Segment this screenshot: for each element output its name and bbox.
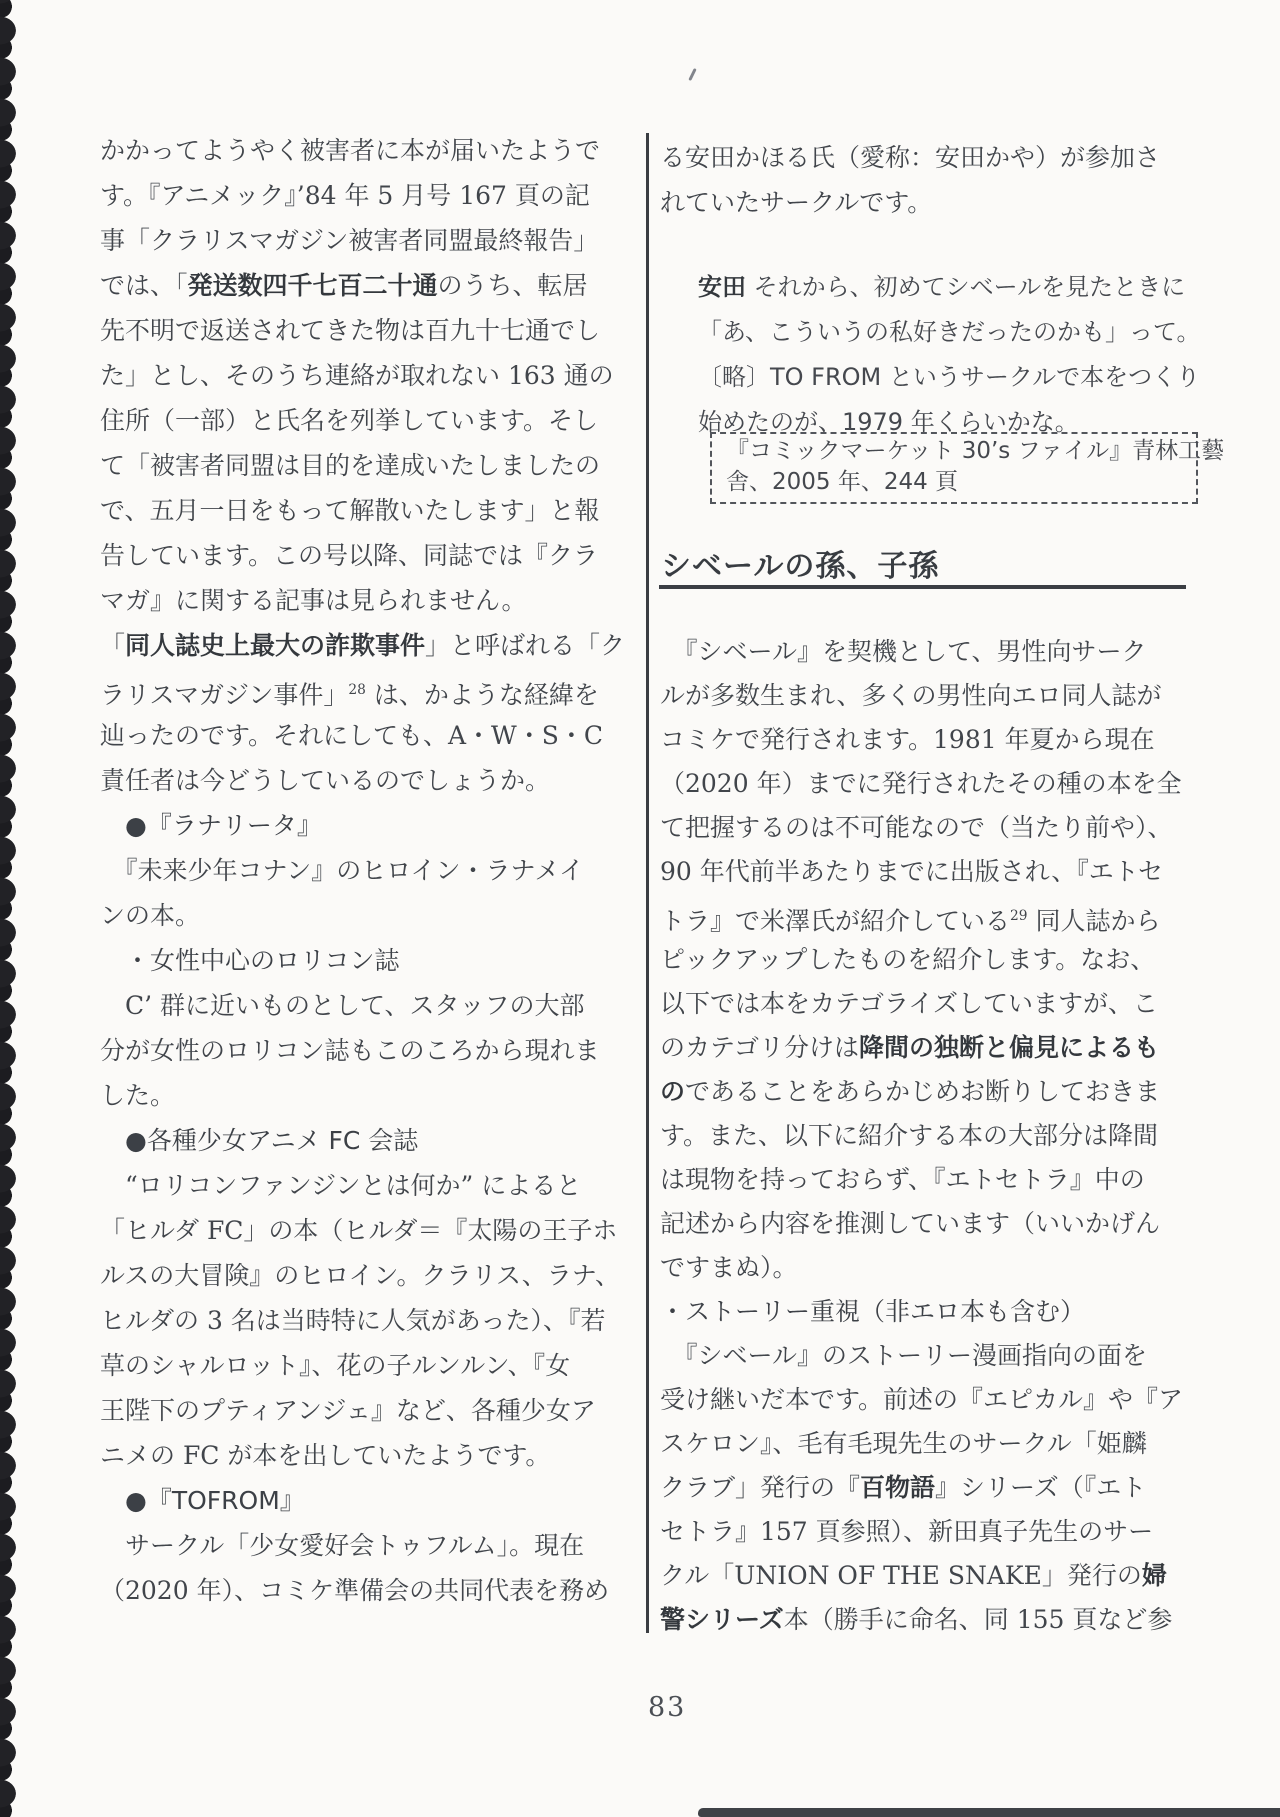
text-line: 『コミックマーケット 30’s ファイル』青林工藝 [726,436,1186,467]
text-line: ルが多数生まれ、多くの男性向エロ同人誌が [660,674,1192,718]
text-line: 辿ったのです。それにしても、A・W・S・C [100,713,624,758]
text-line: 90 年代前半あたりまでに出版され、『エトセ [660,850,1192,894]
text-line: 受け継いだ本です。前述の『エピカル』や『ア [660,1378,1192,1422]
text-line: れていたサークルです。 [660,180,1192,225]
page-number: 83 [648,1692,686,1723]
text-line: ンの本。 [100,893,624,938]
spiral-binding-strip [0,0,30,1817]
text-line: ルスの大冒険』のヒロイン。クラリス、ラナ、 [100,1253,624,1298]
text-line: かかってようやく被害者に本が届いたようで [100,128,624,173]
text-line: ピックアップしたものを紹介します。なお、 [660,938,1192,982]
right-column-intro-text: る安田かほる氏（愛称：安田かや）が参加されていたサークルです。 [660,135,1192,225]
text-line: コミケで発行されます。1981 年夏から現在 [660,718,1192,762]
text-line: ・ストーリー重視（非エロ本も含む） [660,1290,1192,1334]
text-line: 『シベール』を契機として、男性向サーク [660,630,1192,674]
bottom-scan-edge [698,1808,1280,1817]
text-line: “ロリコンファンジンとは何か” によると [100,1163,624,1208]
text-line: 「同人誌史上最大の詐欺事件」と呼ばれる「ク [100,623,624,668]
scanned-book-page: かかってようやく被害者に本が届いたようです。『アニメック』’84 年 5 月号 … [0,0,1280,1817]
text-line: 『シベール』のストーリー漫画指向の面を [660,1334,1192,1378]
text-line: て把握するのは不可能なので（当たり前や）、 [660,806,1192,850]
text-line: 告しています。この号以降、同誌では『クラ [100,533,624,578]
text-line: 以下では本をカテゴライズしていますが、こ [660,982,1192,1026]
text-line: マガ』に関する記事は見られません。 [100,578,624,623]
text-line: （2020 年）までに発行されたその種の本を全 [660,762,1192,806]
scan-speck [688,68,696,81]
text-line: 舎、2005 年、244 頁 [726,467,1186,498]
text-line: C’ 群に近いものとして、スタッフの大部 [100,983,624,1028]
text-line: 先不明で返送されてきた物は百九十七通でし [100,308,624,353]
text-line: 草のシャルロット』、花の子ルンルン、『女 [100,1343,624,1388]
text-line: 記述から内容を推測しています（いいかげん [660,1202,1192,1246]
text-line: 「ヒルダ FC」の本（ヒルダ＝『太陽の王子ホ [100,1208,624,1253]
text-line: ●各種少女アニメ FC 会誌 [100,1118,624,1163]
text-line: 事「クラリスマガジン被害者同盟最終報告」 [100,218,624,263]
text-line: ●『ラナリータ』 [100,803,624,848]
text-line: では、「発送数四千七百二十通のうち、転居 [100,263,624,308]
text-line: て「被害者同盟は目的を達成いたしましたの [100,443,624,488]
text-line: （2020 年）、コミケ準備会の共同代表を務め [100,1568,624,1613]
text-line: た」とし、そのうち連絡が取れない 163 通の [100,353,624,398]
text-line: 王陛下のプティアンジェ』など、各種少女ア [100,1388,624,1433]
text-line: クル「UNION OF THE SNAKE」発行の婦 [660,1554,1192,1598]
text-line: した。 [100,1073,624,1118]
text-line: ですまぬ）。 [660,1246,1192,1290]
text-line: ニメの FC が本を出していたようです。 [100,1433,624,1478]
section-heading: シベールの孫、子孫 [661,541,939,585]
right-column-body-text: 『シベール』を契機として、男性向サークルが多数生まれ、多くの男性向エロ同人誌がコ… [660,630,1192,1642]
text-line: る安田かほる氏（愛称：安田かや）が参加さ [660,135,1192,180]
text-line: す。『アニメック』’84 年 5 月号 167 頁の記 [100,173,624,218]
text-line: 「あ、こういうの私好きだったのかも」って。 [698,310,1192,355]
text-line: 『未来少年コナン』のヒロイン・ラナメイ [100,848,624,893]
text-line: は現物を持っておらず、『エトセトラ』中の [660,1158,1192,1202]
citation-box: 『コミックマーケット 30’s ファイル』青林工藝舎、2005 年、244 頁 [710,432,1198,504]
text-line: ・女性中心のロリコン誌 [100,938,624,983]
text-line: のカテゴリ分けは降間の独断と偏見によるも [660,1026,1192,1070]
text-line: す。また、以下に紹介する本の大部分は降間 [660,1114,1192,1158]
text-line: サークル「少女愛好会トゥフルム」。現在 [100,1523,624,1568]
interview-quote-block: 安田 それから、初めてシベールを見たときに「あ、こういうの私好きだったのかも」っ… [698,265,1192,445]
text-line: で、五月一日をもって解散いたします」と報 [100,488,624,533]
text-line: セトラ』157 頁参照）、新田真子先生のサー [660,1510,1192,1554]
text-line: のであることをあらかじめお断りしておきま [660,1070,1192,1114]
text-line: 〔略〕TO FROM というサークルで本をつくり [698,355,1192,400]
text-line: ラリスマガジン事件」28 は、かような経緯を [100,668,624,713]
text-line: 責任者は今どうしているのでしょうか。 [100,758,624,803]
text-line: クラブ」発行の『百物語』シリーズ（『エト [660,1466,1192,1510]
text-line: トラ』で米澤氏が紹介している29 同人誌から [660,894,1192,938]
text-line: ヒルダの 3 名は当時特に人気があった）、『若 [100,1298,624,1343]
text-line: 分が女性のロリコン誌もこのころから現れま [100,1028,624,1073]
column-divider-rule [646,133,649,1633]
text-line: 警シリーズ本（勝手に命名、同 155 頁など参 [660,1598,1192,1642]
section-heading-rule [659,585,1186,589]
text-line: 安田 それから、初めてシベールを見たときに [698,265,1192,310]
text-line: ●『TOFROM』 [100,1478,624,1523]
text-line: 住所（一部）と氏名を列挙しています。そし [100,398,624,443]
left-column-text: かかってようやく被害者に本が届いたようです。『アニメック』’84 年 5 月号 … [100,128,624,1613]
text-line: スケロン』、毛有毛現先生のサークル「姫麟 [660,1422,1192,1466]
